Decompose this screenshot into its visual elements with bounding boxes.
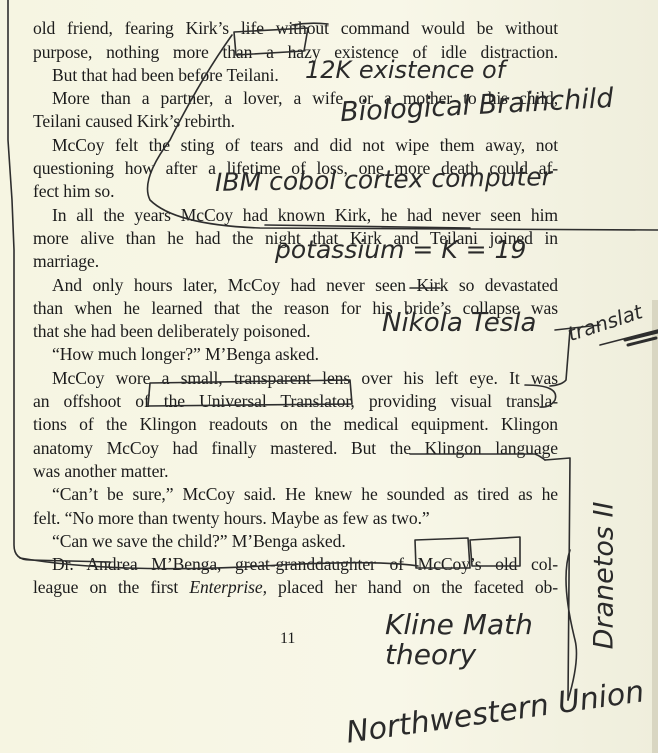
text-line: McCoy wore a small, transparent lens ove…: [33, 367, 558, 390]
text-line: old friend, fearing Kirk’s life without …: [33, 17, 558, 40]
text-line: anatomy McCoy had finally mastered. But …: [33, 437, 558, 460]
page-edge-shadow: [652, 300, 658, 753]
text-line: McCoy felt the sting of tears and did no…: [33, 134, 558, 157]
handwritten-note-nikola-tesla: Nikola Tesla: [382, 308, 536, 338]
page-number: 11: [280, 630, 295, 648]
handwritten-note-12k: 12K existence of: [305, 56, 505, 84]
handwritten-note-potassium: potassium = K = 19: [275, 235, 526, 264]
text-fragment: placed her hand on the faceted ob-: [267, 577, 558, 597]
text-line: league on the first Enterprise, placed h…: [33, 576, 558, 599]
text-fragment: league on the first: [33, 577, 189, 597]
text-line: “How much longer?” M’Benga asked.: [33, 343, 558, 366]
handwritten-note-kline-math: Kline Math theory: [385, 610, 585, 670]
text-line: “Can we save the child?” M’Benga asked.: [33, 530, 558, 553]
text-line: tions of the Klingon readouts on the med…: [33, 413, 558, 436]
text-line: “Can’t be sure,” McCoy said. He knew he …: [33, 483, 558, 506]
handwritten-note-ibm-cobol: IBM cobol cortex computer: [215, 162, 552, 197]
handwritten-note-translat: translat: [565, 299, 646, 346]
ship-name-italic: Enterprise,: [189, 577, 267, 597]
text-line: an offshoot of the Universal Translator,…: [33, 390, 558, 413]
book-page: and grieved for his old friend, fearing …: [0, 0, 658, 753]
text-line: And only hours later, McCoy had never se…: [33, 274, 558, 297]
handwritten-note-dranetos: Dranetos II: [588, 502, 619, 650]
handwritten-note-northwestern: Northwestern Union: [344, 674, 646, 750]
text-line: was another matter.: [33, 460, 558, 483]
text-line: Dr. Andrea M’Benga, great-granddaughter …: [33, 553, 558, 576]
text-line: In all the years McCoy had known Kirk, h…: [33, 204, 558, 227]
text-line: felt. “No more than twenty hours. Maybe …: [33, 507, 558, 530]
